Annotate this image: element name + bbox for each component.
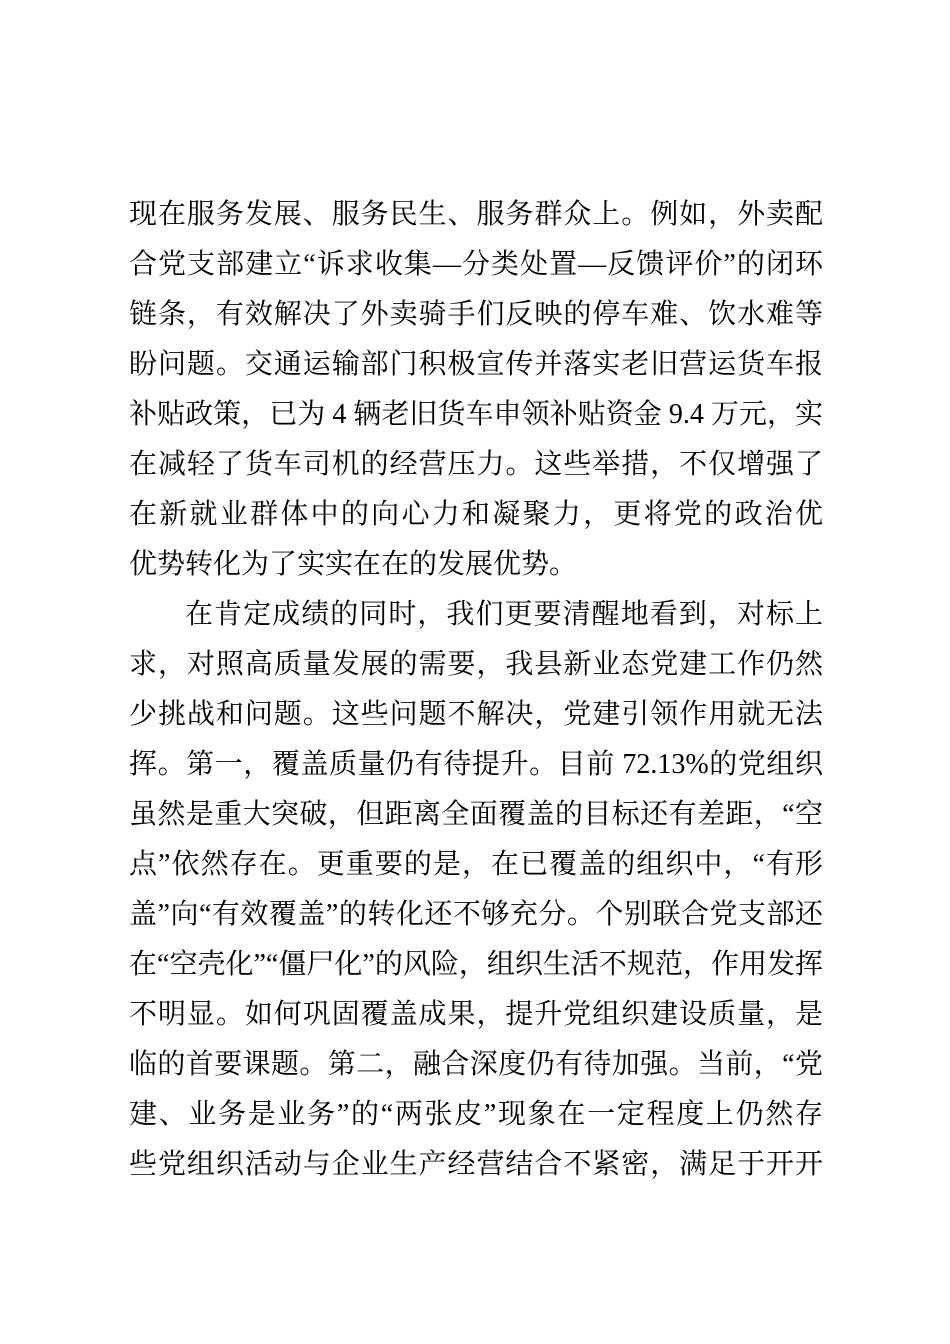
text-line: 盖”向“有效覆盖”的转化还不够充分。个别联合党支部还存 [129,890,823,940]
text-line: 在肯定成绩的同时，我们更要清醒地看到，对标上级的要 [129,590,823,640]
text-line: 盼问题。交通运输部门积极宣传并落实老旧营运货车报废更新 [129,340,823,390]
text-line: 在“空壳化”“僵尸化”的风险，组织生活不规范，作用发挥 [129,940,823,990]
text-line: 补贴政策，已为 4 辆老旧货车申领补贴资金 9.4 万元，实实在 [129,390,823,440]
document-page: 现在服务发展、服务民生、服务群众上。例如，外卖配送行业联合党支部建立“诉求收集—… [0,0,950,1344]
text-line: 合党支部建立“诉求收集—分类处置—反馈评价”的闭环工作 [129,240,823,290]
document-text: 现在服务发展、服务民生、服务群众上。例如，外卖配送行业联合党支部建立“诉求收集—… [129,190,823,1190]
text-line: 链条，有效解决了外卖骑手们反映的停车难、饮水难等急难愁 [129,290,823,340]
text-line: 不明显。如何巩固覆盖成果，提升党组织建设质量，是我们面 [129,990,823,1040]
text-line: 点”依然存在。更重要的是，在已覆盖的组织中，“有形覆 [129,840,823,890]
text-line: 建、业务是业务”的“两张皮”现象在一定程度上仍然存在。一 [129,1090,823,1140]
text-line: 优势转化为了实实在在的发展优势。 [129,540,823,590]
text-line: 些党组织活动与企业生产经营结合不紧密，满足于开开会、学 [129,1140,823,1190]
text-line: 在新就业群体中的向心力和凝聚力，更将党的政治优势、组织 [129,490,823,540]
text-line: 求，对照高质量发展的需要，我县新业态党建工作仍然面临不 [129,640,823,690]
text-line: 在减轻了货车司机的经营压力。这些举措，不仅增强了党组织 [129,440,823,490]
text-line: 虽然是重大突破，但距离全面覆盖的目标还有差距，“空白 [129,790,823,840]
text-line: 临的首要课题。第二，融合深度仍有待加强。当前，“党建是党 [129,1040,823,1090]
text-line: 挥。第一，覆盖质量仍有待提升。目前 72.13%的党组织覆盖率 [129,740,823,790]
text-line: 少挑战和问题。这些问题不解决，党建引领作用就无法充分发 [129,690,823,740]
text-line: 现在服务发展、服务民生、服务群众上。例如，外卖配送行业联 [129,190,823,240]
